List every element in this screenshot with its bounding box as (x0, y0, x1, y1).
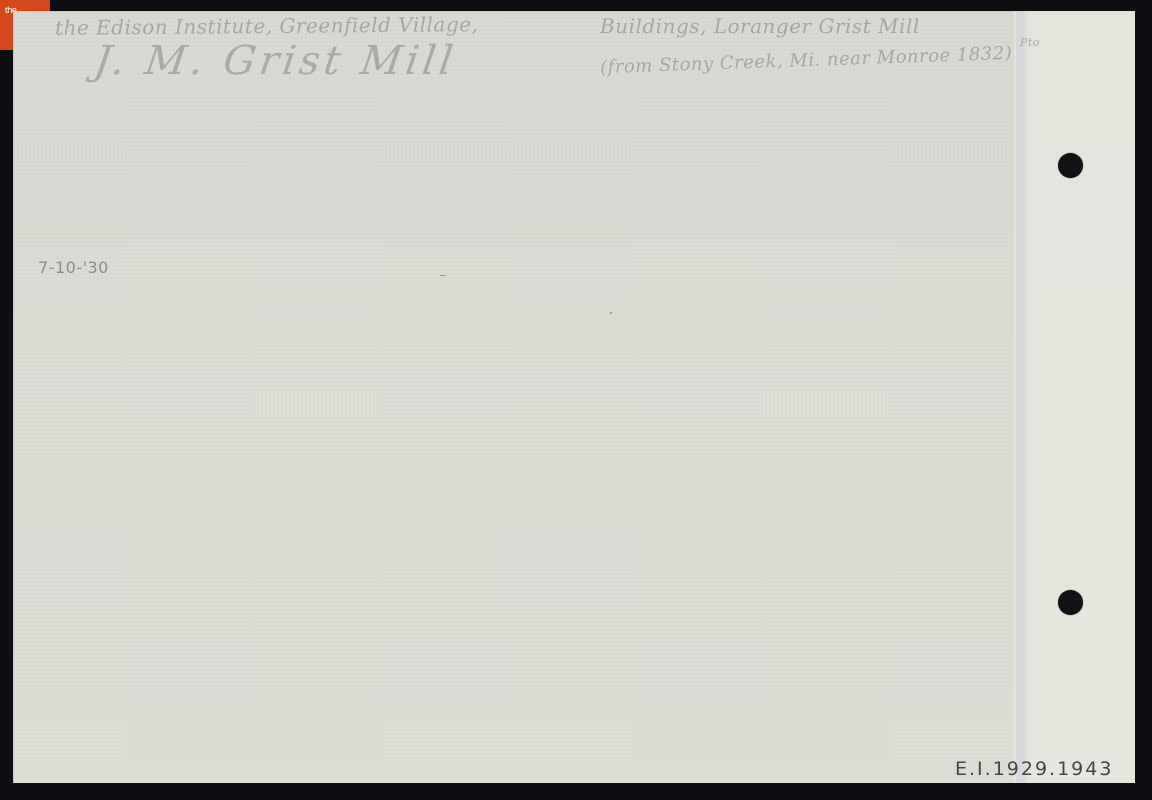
annotation-superscript: Pto (1020, 36, 1040, 49)
paper-speck (440, 275, 446, 276)
annotation-date: 7-10-'30 (38, 258, 109, 277)
annotation-title: J. M. Grist Mill (92, 38, 460, 84)
binding-strip (1014, 11, 1135, 783)
punch-hole-bottom (1058, 590, 1083, 615)
annotation-institution: the Edison Institute, Greenfield Village… (55, 12, 479, 40)
paper-speck (610, 312, 612, 314)
punch-hole-top (1058, 153, 1083, 178)
annotation-building: Buildings, Loranger Grist Mill (600, 14, 920, 38)
fold-line (1016, 11, 1028, 783)
photo-mount-card (13, 11, 1135, 783)
accession-number: E.I.1929.1943 (955, 758, 1113, 780)
